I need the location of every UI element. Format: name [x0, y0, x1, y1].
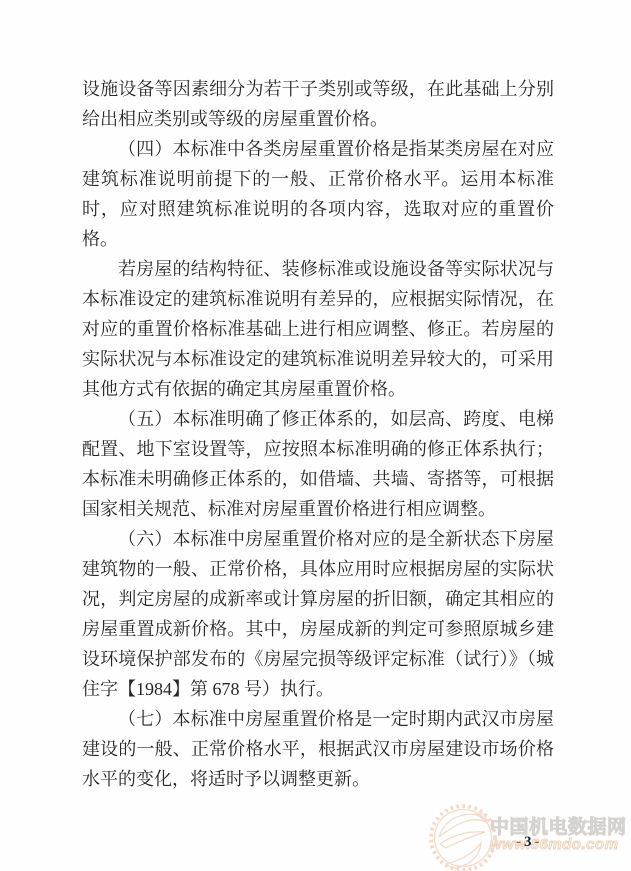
page-number-value: 3 [524, 834, 532, 850]
document-body: 设施设备等因素细分为若干子类别或等级，在此基础上分别给出相应类别或等级的房屋重置… [82, 74, 554, 794]
paragraph-continuation: 设施设备等因素细分为若干子类别或等级，在此基础上分别给出相应类别或等级的房屋重置… [82, 74, 554, 134]
page-number: -3- [513, 834, 543, 851]
watermark-site-name: 中国机电数据网 [490, 812, 631, 839]
paragraph-item-7: （七）本标准中房屋重置价格是一定时期内武汉市房屋建设的一般、正常价格水平，根据武… [82, 704, 554, 794]
paragraph-item-5: （五）本标准明确了修正体系的，如层高、跨度、电梯配置、地下室设置等，应按照本标准… [82, 404, 554, 524]
paragraph-item-6: （六）本标准中房屋重置价格对应的是全新状态下房屋建筑物的一般、正常价格，具体应用… [82, 524, 554, 704]
page-number-prefix: - [516, 834, 521, 850]
watermark-site-url: www.86mdo.com [490, 836, 631, 853]
paragraph-item-4-note: 若房屋的结构特征、装修标准或设施设备等实际状况与本标准设定的建筑标准说明有差异的… [82, 254, 554, 404]
document-page: 设施设备等因素细分为若干子类别或等级，在此基础上分别给出相应类别或等级的房屋重置… [0, 0, 631, 871]
paragraph-item-4: （四）本标准中各类房屋重置价格是指某类房屋在对应建筑标准说明前提下的一般、正常价… [82, 134, 554, 254]
page-number-suffix: - [535, 834, 540, 850]
gear-logo-icon [426, 802, 500, 871]
